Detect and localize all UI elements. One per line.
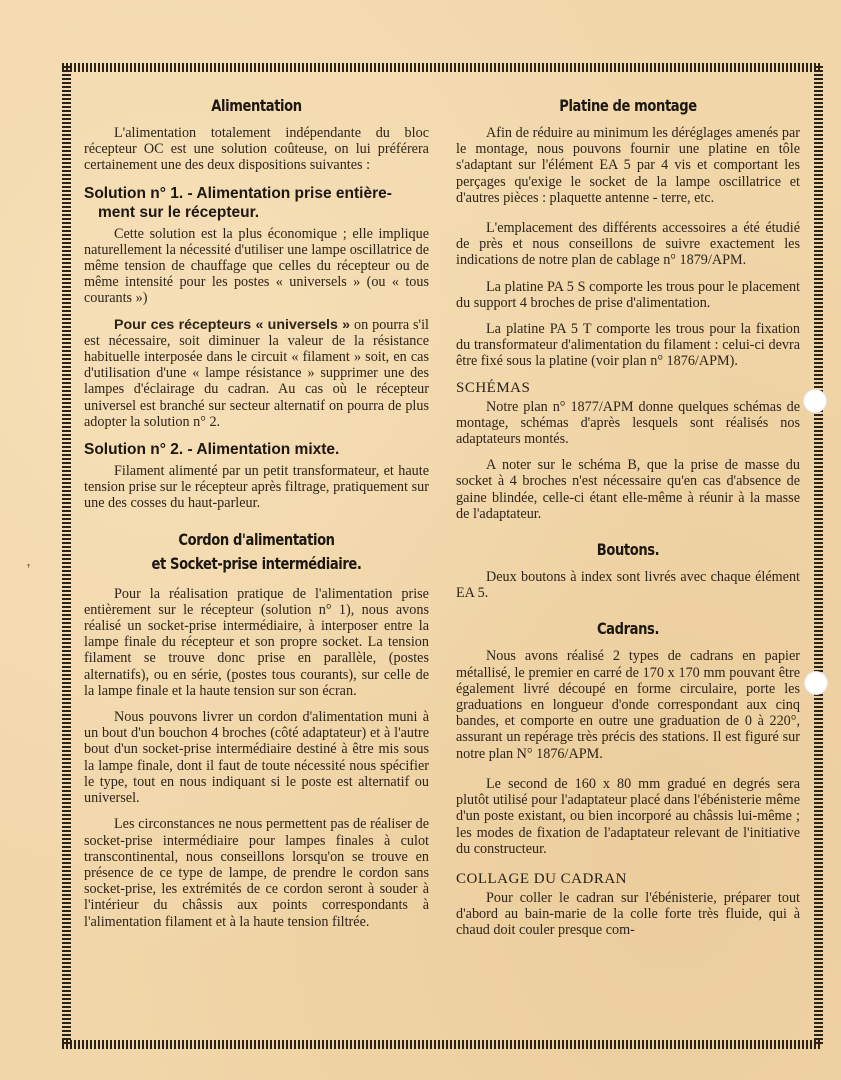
paragraph-platine-1: Afin de réduire au minimum les déréglage…: [456, 125, 800, 206]
paragraph-solution-1: Cette solution est la plus économique ; …: [84, 226, 429, 307]
section-title-cordon: Cordon d'alimentation et Socket-prise in…: [115, 528, 398, 576]
decorative-border-bottom: [62, 1040, 822, 1049]
section-title-solution-2: Solution n° 2. - Alimentation mixte.: [84, 440, 429, 459]
section-title-solution-1: Solution n° 1. - Alimentation prise enti…: [84, 184, 429, 222]
section-title-alimentation: Alimentation: [115, 96, 398, 115]
section-title-schemas: SCHÉMAS: [456, 380, 800, 397]
paragraph-cordon-3: Les circonstances ne nous permettent pas…: [84, 816, 429, 929]
paragraph-cadrans-1: Nous avons réalisé 2 types de cadrans en…: [456, 648, 800, 761]
solution-1-title-line1: Solution n° 1. - Alimentation prise enti…: [84, 185, 392, 202]
decorative-border-left: [62, 66, 71, 1046]
cordon-title-line1: Cordon d'alimentation: [115, 528, 398, 552]
paragraph-platine-3: La platine PA 5 S comporte les trous pou…: [456, 279, 800, 311]
paragraph-cordon-2: Nous pouvons livrer un cordon d'alimenta…: [84, 709, 429, 806]
paragraph-solution-2: Filament alimenté par un petit transform…: [84, 463, 429, 512]
paragraph-platine-2: L'emplacement des différents accessoires…: [456, 220, 800, 269]
bold-lead-universels: Pour ces récepteurs « universels »: [114, 317, 350, 333]
punch-hole-upper: [803, 389, 827, 413]
paragraph-recepteurs-universels: Pour ces récepteurs « universels » on po…: [84, 317, 429, 430]
paragraph-cordon-1: Pour la réalisation pratique de l'alimen…: [84, 586, 429, 699]
paper-mark: ꜛ: [26, 565, 31, 576]
section-title-collage: COLLAGE DU CADRAN: [456, 871, 800, 888]
section-title-cadrans: Cadrans.: [487, 619, 769, 638]
right-column: Platine de montage Afin de réduire au mi…: [456, 92, 800, 949]
paragraph-schemas-2: A noter sur le schéma B, que la prise de…: [456, 457, 800, 522]
section-title-boutons: Boutons.: [487, 540, 769, 559]
paragraph-platine-4: La platine PA 5 T comporte les trous pou…: [456, 321, 800, 370]
cordon-title-line2: et Socket-prise intermédiaire.: [115, 552, 398, 576]
decorative-border-top: [62, 63, 822, 72]
decorative-border-right: [814, 66, 823, 1046]
paragraph-collage: Pour coller le cadran sur l'ébénisterie,…: [456, 890, 800, 939]
section-title-platine: Platine de montage: [487, 96, 769, 115]
punch-hole-lower: [804, 671, 828, 695]
paragraph-cadrans-2: Le second de 160 x 80 mm gradué en degré…: [456, 776, 800, 857]
paragraph-boutons: Deux boutons à index sont livrés avec ch…: [456, 569, 800, 601]
paragraph-universels-rest: on pourra s'il est nécessaire, soit dimi…: [84, 317, 429, 430]
left-column: Alimentation L'alimentation totalement i…: [84, 92, 429, 940]
paragraph-alimentation-intro: L'alimentation totalement indépendante d…: [84, 125, 429, 174]
paragraph-schemas-1: Notre plan n° 1877/APM donne quelques sc…: [456, 399, 800, 448]
solution-1-title-line2: ment sur le récepteur.: [84, 203, 429, 222]
